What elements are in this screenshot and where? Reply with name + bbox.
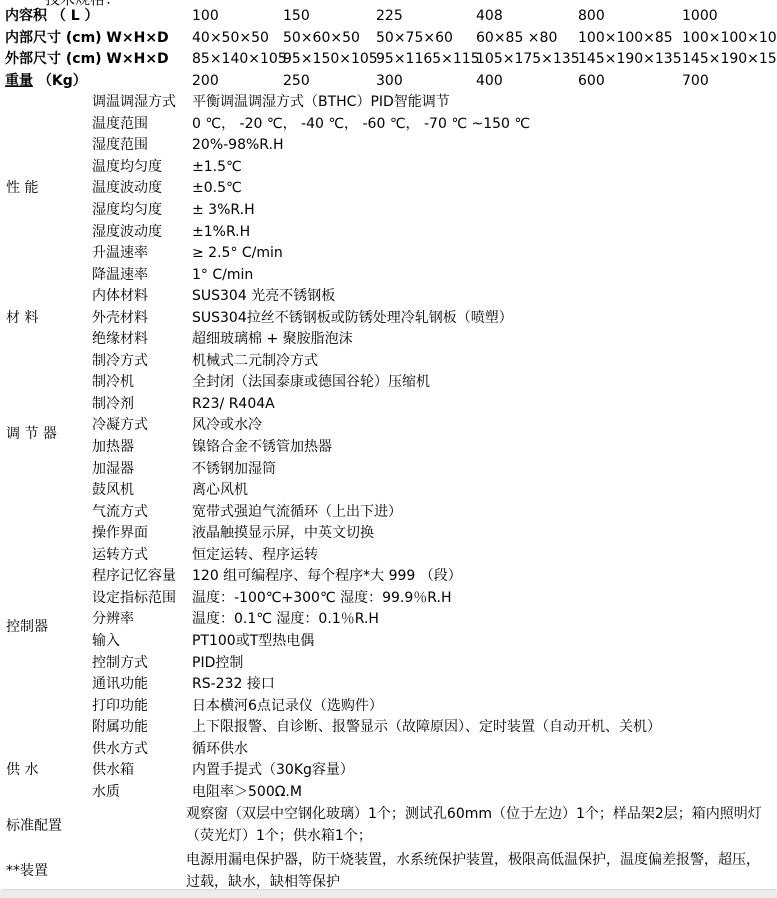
spec-value: 温度：0.1℃ 湿度：0.1％R.H bbox=[192, 608, 379, 630]
row-label-suffix: （Kg） bbox=[38, 73, 87, 89]
row-label-main: 外部尺寸 bbox=[5, 51, 61, 67]
spec-value: 机械式二元制冷方式 bbox=[192, 350, 318, 372]
spec-row: 操作界面液晶触摸显示屏，中英文切换 bbox=[0, 522, 777, 544]
spec-row: 运转方式恒定运转、程序运转 bbox=[0, 544, 777, 566]
spec-row: 鼓风机离心风机 bbox=[0, 479, 777, 501]
spec-value: 宽带式强迫气流循环（上出下进） bbox=[192, 501, 402, 523]
spec-row: 湿度波动度±1%R.H bbox=[0, 221, 777, 243]
spec-value: ±0.5℃ bbox=[192, 177, 242, 199]
spec-value: 上下限报警、自诊断、报警显示（故障原因）、定时装置（自动开机、关机） bbox=[192, 716, 661, 738]
spec-attr-label: 制冷方式 bbox=[92, 350, 148, 372]
spec-row: 温度范围0 ℃， -20 ℃， -40 ℃， -60 ℃， -70 ℃ ~150… bbox=[0, 113, 777, 135]
spec-attr-label: 附属功能 bbox=[92, 716, 148, 738]
model-value-cell: 85×140×105 bbox=[192, 48, 287, 70]
spec-attr-label: 加湿器 bbox=[92, 458, 134, 480]
model-value-cell: 800 bbox=[578, 5, 605, 27]
spec-value: 日本横河6点记录仪（选购件） bbox=[192, 695, 383, 717]
model-header-row: 内容积 （ L ）1001502254088001000 bbox=[0, 5, 777, 27]
section-label: 供 水 bbox=[6, 759, 38, 781]
spec-row: 湿度范围20%-98%R.H bbox=[0, 134, 777, 156]
spec-row: 程序记忆容量120 组可编程序、每个程序*大 999 （段） bbox=[0, 565, 777, 587]
spec-attr-label: 控制方式 bbox=[92, 652, 148, 674]
spec-row: 供水方式循环供水 bbox=[0, 738, 777, 760]
spec-attr-label: 制冷机 bbox=[92, 371, 134, 393]
model-value-cell: 408 bbox=[476, 5, 503, 27]
spec-attr-label: 湿度波动度 bbox=[92, 221, 162, 243]
spec-attr-label: 供水方式 bbox=[92, 738, 148, 760]
spec-sheet-page: 技术规格： 内容积 （ L ）1001502254088001000内部尺寸 (… bbox=[0, 0, 777, 898]
spec-value: SUS304 光亮不锈钢板 bbox=[192, 285, 335, 307]
spec-value: ≥ 2.5° C/min bbox=[192, 242, 283, 264]
spec-attr-label: 操作界面 bbox=[92, 522, 148, 544]
spec-attr-label: 输入 bbox=[92, 630, 120, 652]
model-header-row: 外部尺寸 (cm) W×H×D85×140×10595×150×10595×11… bbox=[0, 48, 777, 70]
model-value-cell: 95×150×105 bbox=[283, 48, 378, 70]
spec-attr-label: 打印功能 bbox=[92, 695, 148, 717]
spec-attr-label: 降温速率 bbox=[92, 264, 148, 286]
model-value-cell: 145×190×155 bbox=[682, 48, 777, 70]
model-value-cell: 150 bbox=[283, 5, 310, 27]
spec-value: 电阻率＞500Ω.M bbox=[192, 781, 302, 803]
spec-row: 调 节 器冷凝方式风冷或水冷 bbox=[0, 414, 777, 436]
model-header-row: 内部尺寸 (cm) W×H×D40×50×5050×60×5050×75×606… bbox=[0, 27, 777, 49]
wide-spec-row: 标准配置观察窗（双层中空钢化玻璃）1个；测试孔60mm（位于左边）1个；样品架2… bbox=[0, 802, 777, 847]
spec-row: 水质电阻率＞500Ω.M bbox=[0, 781, 777, 803]
spec-row: 温度均匀度±1.5℃ bbox=[0, 156, 777, 178]
spec-row: 供 水供水箱内置手提式（30Kg容量） bbox=[0, 759, 777, 781]
spec-attr-label: 设定指标范围 bbox=[92, 587, 176, 609]
spec-value: SUS304拉丝不锈钢板或防锈处理冷轧钢板（喷塑） bbox=[192, 307, 513, 329]
model-value-cell: 95×1165×115 bbox=[376, 48, 480, 70]
spec-value: 观察窗（双层中空钢化玻璃）1个；测试孔60mm（位于左边）1个；样品架2层；箱内… bbox=[186, 802, 769, 847]
spec-value: PT100或T型热电偶 bbox=[192, 630, 314, 652]
spec-row: 加湿器不锈钢加湿筒 bbox=[0, 458, 777, 480]
model-value-cell: 225 bbox=[376, 5, 403, 27]
spec-row: 升温速率≥ 2.5° C/min bbox=[0, 242, 777, 264]
model-value-cell: 200 bbox=[192, 70, 219, 92]
spec-row: 制冷机全封闭（法国泰康或德国谷轮）压缩机 bbox=[0, 371, 777, 393]
spec-row: 制冷剂R23/ R404A bbox=[0, 393, 777, 415]
spec-row: 控制方式PID控制 bbox=[0, 652, 777, 674]
spec-row: 绝缘材料超细玻璃棉 + 聚胺脂泡沫 bbox=[0, 328, 777, 350]
row-label-main: 内容积 bbox=[5, 8, 47, 24]
spec-value: 内置手提式（30Kg容量） bbox=[192, 759, 354, 781]
model-value-cell: 100×100×85 bbox=[578, 27, 673, 49]
spec-row: 调温调湿方式平衡调温调湿方式（BTHC）PID智能调节 bbox=[0, 91, 777, 113]
spec-attr-label: 调温调湿方式 bbox=[92, 91, 176, 113]
spec-row: 通讯功能RS-232 接口 bbox=[0, 673, 777, 695]
spec-row: 输入PT100或T型热电偶 bbox=[0, 630, 777, 652]
spec-value: 温度：-100℃+300℃ 湿度：99.9％R.H bbox=[192, 587, 452, 609]
spec-value: PID控制 bbox=[192, 652, 243, 674]
spec-value: 恒定运转、程序运转 bbox=[192, 544, 318, 566]
model-value-cell: 300 bbox=[376, 70, 403, 92]
spec-row: 附属功能上下限报警、自诊断、报警显示（故障原因）、定时装置（自动开机、关机） bbox=[0, 716, 777, 738]
spec-row: 气流方式宽带式强迫气流循环（上出下进） bbox=[0, 501, 777, 523]
spec-value: 1° C/min bbox=[192, 264, 253, 286]
spec-value: 20%-98%R.H bbox=[192, 134, 284, 156]
row-label: 内容积 （ L ） bbox=[5, 5, 99, 27]
spec-attr-label: 湿度均匀度 bbox=[92, 199, 162, 221]
row-label-suffix: (cm) W×H×D bbox=[66, 30, 169, 46]
spec-attr-label: 鼓风机 bbox=[92, 479, 134, 501]
spec-value: 0 ℃， -20 ℃， -40 ℃， -60 ℃， -70 ℃ ~150 ℃ bbox=[192, 113, 530, 135]
spec-value: RS-232 接口 bbox=[192, 673, 275, 695]
spec-attr-label: 通讯功能 bbox=[92, 673, 148, 695]
spec-attr-label: 供水箱 bbox=[92, 759, 134, 781]
model-value-cell: 1000 bbox=[682, 5, 718, 27]
model-value-cell: 60×85 ×80 bbox=[476, 27, 557, 49]
spec-value: 镍铬合金不锈管加热器 bbox=[192, 436, 332, 458]
spec-attr-label: 外壳材料 bbox=[92, 307, 148, 329]
spec-row: 加热器镍铬合金不锈管加热器 bbox=[0, 436, 777, 458]
spec-value: 不锈钢加湿筒 bbox=[192, 458, 276, 480]
row-label-main: 重量 bbox=[5, 73, 33, 89]
spec-value: ±1.5℃ bbox=[192, 156, 242, 178]
spec-value: ±1%R.H bbox=[192, 221, 250, 243]
spec-attr-label: 冷凝方式 bbox=[92, 414, 148, 436]
spec-attr-label: 温度均匀度 bbox=[92, 156, 162, 178]
spec-attr-label: 运转方式 bbox=[92, 544, 148, 566]
model-value-cell: 700 bbox=[682, 70, 709, 92]
spec-attr-label: 制冷剂 bbox=[92, 393, 134, 415]
spec-attr-label: 升温速率 bbox=[92, 242, 148, 264]
model-value-cell: 40×50×50 bbox=[192, 27, 269, 49]
section-label: **装置 bbox=[0, 848, 186, 893]
spec-attr-label: 气流方式 bbox=[92, 501, 148, 523]
spec-attr-label: 内体材料 bbox=[92, 285, 148, 307]
spec-row: 打印功能日本横河6点记录仪（选购件） bbox=[0, 695, 777, 717]
spec-row: 湿度均匀度± 3%R.H bbox=[0, 199, 777, 221]
spec-attr-label: 加热器 bbox=[92, 436, 134, 458]
model-value-cell: 50×75×60 bbox=[376, 27, 453, 49]
row-label: 内部尺寸 (cm) W×H×D bbox=[5, 27, 169, 49]
wide-spec-row: **装置电源用漏电保护器，防干烧装置，水系统保护装置，极限高低温保护，温度偏差报… bbox=[0, 848, 777, 893]
spec-attr-label: 程序记忆容量 bbox=[92, 565, 176, 587]
model-value-cell: 105×175×135 bbox=[476, 48, 580, 70]
bottom-panel-edge bbox=[0, 889, 777, 898]
spec-value: 循环供水 bbox=[192, 738, 248, 760]
spec-row: 材 料外壳材料SUS304拉丝不锈钢板或防锈处理冷轧钢板（喷塑） bbox=[0, 307, 777, 329]
model-header-row: 重量 （Kg）200250300400600700 bbox=[0, 70, 777, 92]
spec-row: 设定指标范围温度：-100℃+300℃ 湿度：99.9％R.H bbox=[0, 587, 777, 609]
section-label: 性 能 bbox=[6, 177, 38, 199]
spec-row: 降温速率1° C/min bbox=[0, 264, 777, 286]
spec-value: 平衡调温调湿方式（BTHC）PID智能调节 bbox=[192, 91, 450, 113]
spec-value: 超细玻璃棉 + 聚胺脂泡沫 bbox=[192, 328, 353, 350]
spec-attr-label: 湿度范围 bbox=[92, 134, 148, 156]
spec-value: 120 组可编程序、每个程序*大 999 （段） bbox=[192, 565, 462, 587]
model-value-cell: 400 bbox=[476, 70, 503, 92]
spec-attr-label: 绝缘材料 bbox=[92, 328, 148, 350]
model-value-cell: 50×60×50 bbox=[283, 27, 360, 49]
row-label-main: 内部尺寸 bbox=[5, 30, 61, 46]
model-value-cell: 100 bbox=[192, 5, 219, 27]
spec-value: 电源用漏电保护器，防干烧装置，水系统保护装置，极限高低温保护，温度偏差报警，超压… bbox=[186, 848, 769, 893]
spec-attr-label: 水质 bbox=[92, 781, 120, 803]
spec-value: R23/ R404A bbox=[192, 393, 275, 415]
row-label: 外部尺寸 (cm) W×H×D bbox=[5, 48, 169, 70]
spec-attr-label: 温度范围 bbox=[92, 113, 148, 135]
spec-attr-label: 温度波动度 bbox=[92, 177, 162, 199]
spec-value: 全封闭（法国泰康或德国谷轮）压缩机 bbox=[192, 371, 430, 393]
model-value-cell: 250 bbox=[283, 70, 310, 92]
spec-value: ± 3%R.H bbox=[192, 199, 255, 221]
model-value-cell: 100×100×100 bbox=[682, 27, 777, 49]
model-value-cell: 145×190×135 bbox=[578, 48, 682, 70]
section-label: 标准配置 bbox=[0, 802, 186, 847]
spec-row: 制冷方式机械式二元制冷方式 bbox=[0, 350, 777, 372]
spec-value: 风冷或水冷 bbox=[192, 414, 262, 436]
spec-row: 控制器分辨率温度：0.1℃ 湿度：0.1％R.H bbox=[0, 608, 777, 630]
spec-row: 内体材料SUS304 光亮不锈钢板 bbox=[0, 285, 777, 307]
model-value-cell: 600 bbox=[578, 70, 605, 92]
spec-value: 离心风机 bbox=[192, 479, 248, 501]
row-label-suffix: (cm) W×H×D bbox=[66, 51, 169, 67]
section-label: 材 料 bbox=[6, 307, 38, 329]
row-label: 重量 （Kg） bbox=[5, 70, 87, 92]
row-label-suffix: （ L ） bbox=[52, 8, 99, 24]
spec-row: 性 能温度波动度±0.5℃ bbox=[0, 177, 777, 199]
spec-value: 液晶触摸显示屏，中英文切换 bbox=[192, 522, 374, 544]
spec-attr-label: 分辨率 bbox=[92, 608, 134, 630]
